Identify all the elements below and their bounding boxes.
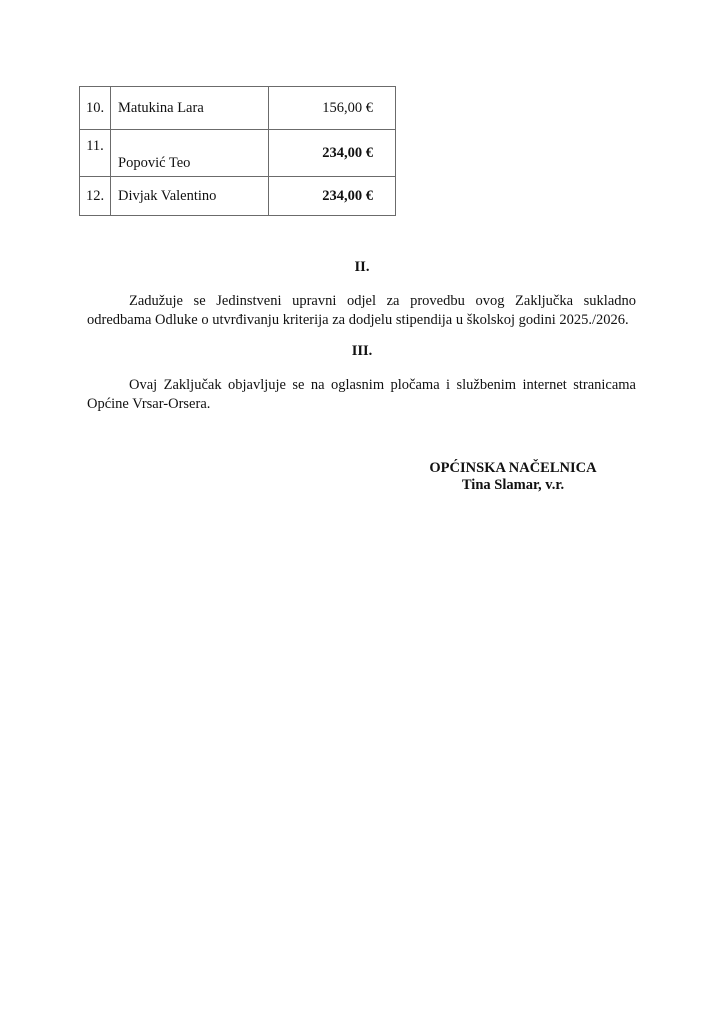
amount: 234,00 € — [269, 130, 396, 177]
table-row: 12. Divjak Valentino 234,00 € — [80, 177, 396, 216]
student-name: Matukina Lara — [111, 87, 269, 130]
signature-name: Tina Slamar, v.r. — [400, 477, 626, 494]
student-name: Divjak Valentino — [111, 177, 269, 216]
table-row: 10. Matukina Lara 156,00 € — [80, 87, 396, 130]
row-number: 12. — [80, 177, 111, 216]
scholarship-table: 10. Matukina Lara 156,00 € 11. Popović T… — [79, 86, 396, 216]
signature-block: OPĆINSKA NAČELNICA Tina Slamar, v.r. — [400, 460, 626, 494]
row-number: 10. — [80, 87, 111, 130]
table-row: 11. Popović Teo 234,00 € — [80, 130, 396, 177]
section-iii-paragraph: Ovaj Zaključak objavljuje se na oglasnim… — [87, 376, 636, 414]
section-ii-paragraph: Zadužuje se Jedinstveni upravni odjel za… — [87, 292, 636, 330]
amount: 156,00 € — [269, 87, 396, 130]
section-heading-ii: II. — [0, 259, 724, 276]
signature-title: OPĆINSKA NAČELNICA — [400, 460, 626, 477]
student-name: Popović Teo — [111, 130, 269, 177]
row-number: 11. — [80, 130, 111, 177]
amount: 234,00 € — [269, 177, 396, 216]
section-iii-text: Ovaj Zaključak objavljuje se na oglasnim… — [87, 377, 636, 412]
section-ii-text: Zadužuje se Jedinstveni upravni odjel za… — [87, 293, 636, 328]
section-heading-iii: III. — [0, 343, 724, 360]
